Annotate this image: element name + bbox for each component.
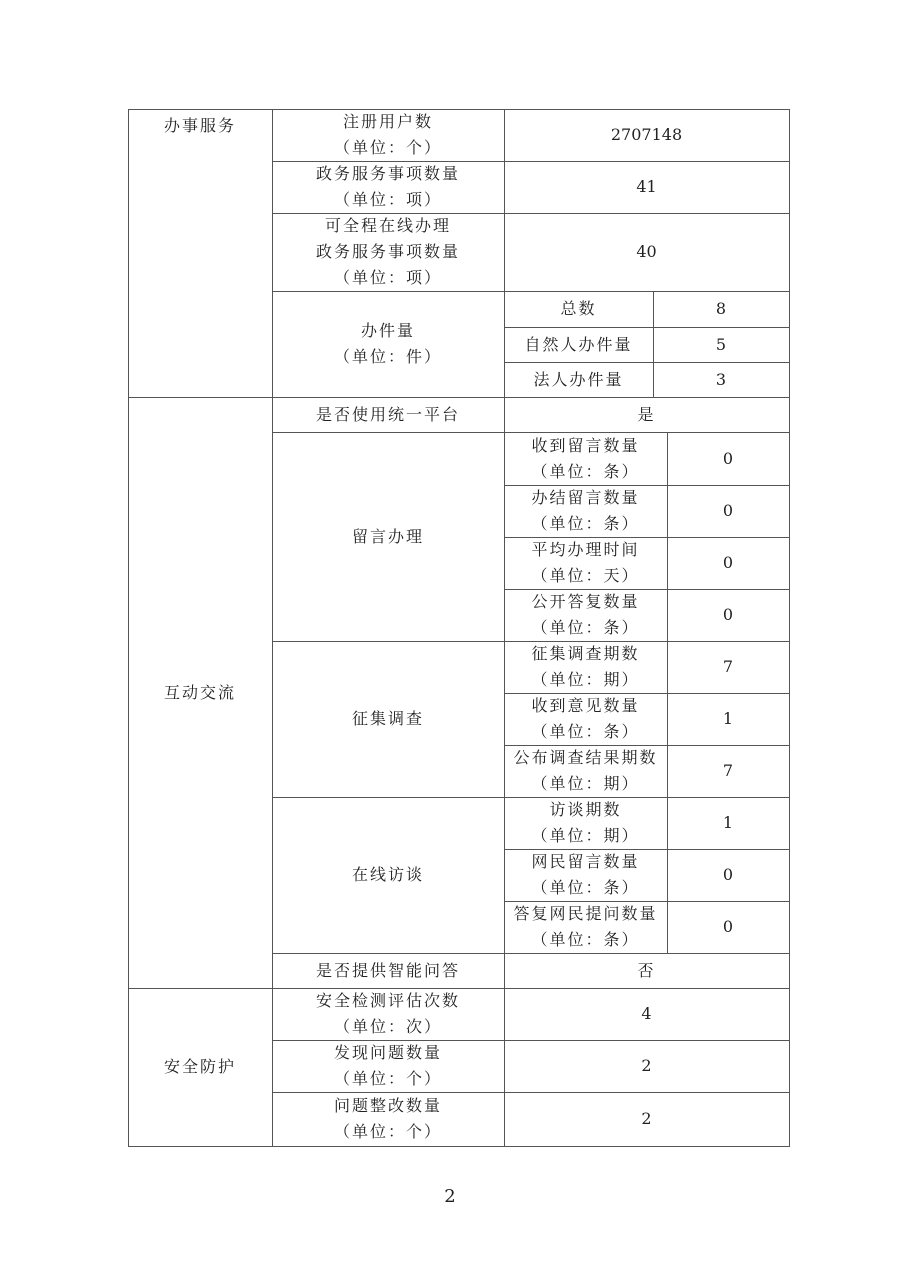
row-value-issues-fixed: 2 xyxy=(504,1092,789,1146)
row-label-issues-fixed: 问题整改数量 （单位：个） xyxy=(272,1092,504,1146)
table-border-col2 xyxy=(272,109,273,1147)
row-label-service-items: 政务服务事项数量 （单位：项） xyxy=(272,161,504,213)
subrow-value-netizen-messages: 0 xyxy=(667,849,789,901)
subrow-label-avg-handling-time: 平均办理时间 （单位：天） xyxy=(504,537,667,589)
row-label-unified-platform: 是否使用统一平台 xyxy=(272,397,504,432)
subrow-label-public-replies: 公开答复数量 （单位：条） xyxy=(504,589,667,641)
table-rule xyxy=(272,161,790,162)
row-label-message-handling: 留言办理 xyxy=(272,432,504,641)
category-label: 互动交流 xyxy=(164,680,236,706)
subrow-value-opinions-received: 1 xyxy=(667,693,789,745)
table-rule xyxy=(128,988,790,989)
document-page: 办事服务 注册用户数 （单位：个） 2707148 政务服务事项数量 （单位：项… xyxy=(0,0,900,1272)
subrow-value-avg-handling-time: 0 xyxy=(667,537,789,589)
category-cell-security: 安全防护 xyxy=(128,988,272,1146)
row-label-security-assessments: 安全检测评估次数 （单位：次） xyxy=(272,988,504,1040)
row-label-survey: 征集调查 xyxy=(272,641,504,797)
subrow-value-survey-periods: 7 xyxy=(667,641,789,693)
table-rule xyxy=(272,641,790,642)
category-label: 安全防护 xyxy=(164,1054,236,1080)
table-rule xyxy=(272,213,790,214)
row-value-unified-platform: 是 xyxy=(504,397,789,432)
subrow-label-messages-received: 收到留言数量 （单位：条） xyxy=(504,432,667,485)
subrow-value-public-replies: 0 xyxy=(667,589,789,641)
page-number: 2 xyxy=(0,1186,900,1207)
subrow-value-netizen-questions-answered: 0 xyxy=(667,901,789,953)
table-rule xyxy=(272,1092,790,1093)
table-rule xyxy=(504,589,790,590)
table-rule xyxy=(504,327,790,328)
subrow-value-messages-received: 0 xyxy=(667,432,789,485)
subrow-value-total: 8 xyxy=(653,291,789,327)
subrow-label-survey-results-published: 公布调查结果期数 （单位：期） xyxy=(504,745,667,797)
row-value-online-items: 40 xyxy=(504,213,789,291)
category-cell-interaction: 互动交流 xyxy=(128,397,272,988)
row-label-online-items: 可全程在线办理 政务服务事项数量 （单位：项） xyxy=(272,213,504,291)
table-rule xyxy=(504,362,790,363)
subrow-label-total: 总数 xyxy=(504,291,653,327)
table-rule xyxy=(272,432,790,433)
subrow-value-survey-results-published: 7 xyxy=(667,745,789,797)
table-rule xyxy=(504,537,790,538)
table-rule xyxy=(504,901,790,902)
table-rule xyxy=(272,797,790,798)
row-value-security-assessments: 4 xyxy=(504,988,789,1040)
table-rule xyxy=(504,485,790,486)
subrow-label-survey-periods: 征集调查期数 （单位：期） xyxy=(504,641,667,693)
table-border-right xyxy=(789,109,790,1147)
subrow-label-legal-person: 法人办件量 xyxy=(504,362,653,397)
subrow-label-netizen-questions-answered: 答复网民提问数量 （单位：条） xyxy=(504,901,667,953)
table-border-col3 xyxy=(504,109,505,1147)
row-label-case-volume: 办件量 （单位：件） xyxy=(272,291,504,397)
table-border-top xyxy=(128,109,790,110)
row-label-smart-qa: 是否提供智能问答 xyxy=(272,953,504,988)
subrow-value-natural-person: 5 xyxy=(653,327,789,362)
subrow-value-interview-periods: 1 xyxy=(667,797,789,849)
subrow-value-messages-closed: 0 xyxy=(667,485,789,537)
subrow-label-natural-person: 自然人办件量 xyxy=(504,327,653,362)
category-cell-service: 办事服务 xyxy=(128,109,272,397)
subrow-value-legal-person: 3 xyxy=(653,362,789,397)
row-value-issues-found: 2 xyxy=(504,1040,789,1092)
table-rule xyxy=(128,397,790,398)
table-border-bottom xyxy=(128,1146,790,1147)
subrow-label-messages-closed: 办结留言数量 （单位：条） xyxy=(504,485,667,537)
row-label-issues-found: 发现问题数量 （单位：个） xyxy=(272,1040,504,1092)
category-label: 办事服务 xyxy=(164,113,236,139)
table-border-subsplit-1 xyxy=(653,291,654,397)
row-value-smart-qa: 否 xyxy=(504,953,789,988)
subrow-label-opinions-received: 收到意见数量 （单位：条） xyxy=(504,693,667,745)
table-rule xyxy=(504,693,790,694)
subrow-label-netizen-messages: 网民留言数量 （单位：条） xyxy=(504,849,667,901)
row-label-registered-users: 注册用户数 （单位：个） xyxy=(272,109,504,161)
subrow-label-interview-periods: 访谈期数 （单位：期） xyxy=(504,797,667,849)
table-rule xyxy=(504,745,790,746)
row-value-service-items: 41 xyxy=(504,161,789,213)
table-border-left xyxy=(128,109,129,1147)
row-label-online-interview: 在线访谈 xyxy=(272,797,504,953)
table-rule xyxy=(272,291,790,292)
table-rule xyxy=(272,953,790,954)
table-rule xyxy=(272,1040,790,1041)
row-value-registered-users: 2707148 xyxy=(504,109,789,161)
table-rule xyxy=(504,849,790,850)
